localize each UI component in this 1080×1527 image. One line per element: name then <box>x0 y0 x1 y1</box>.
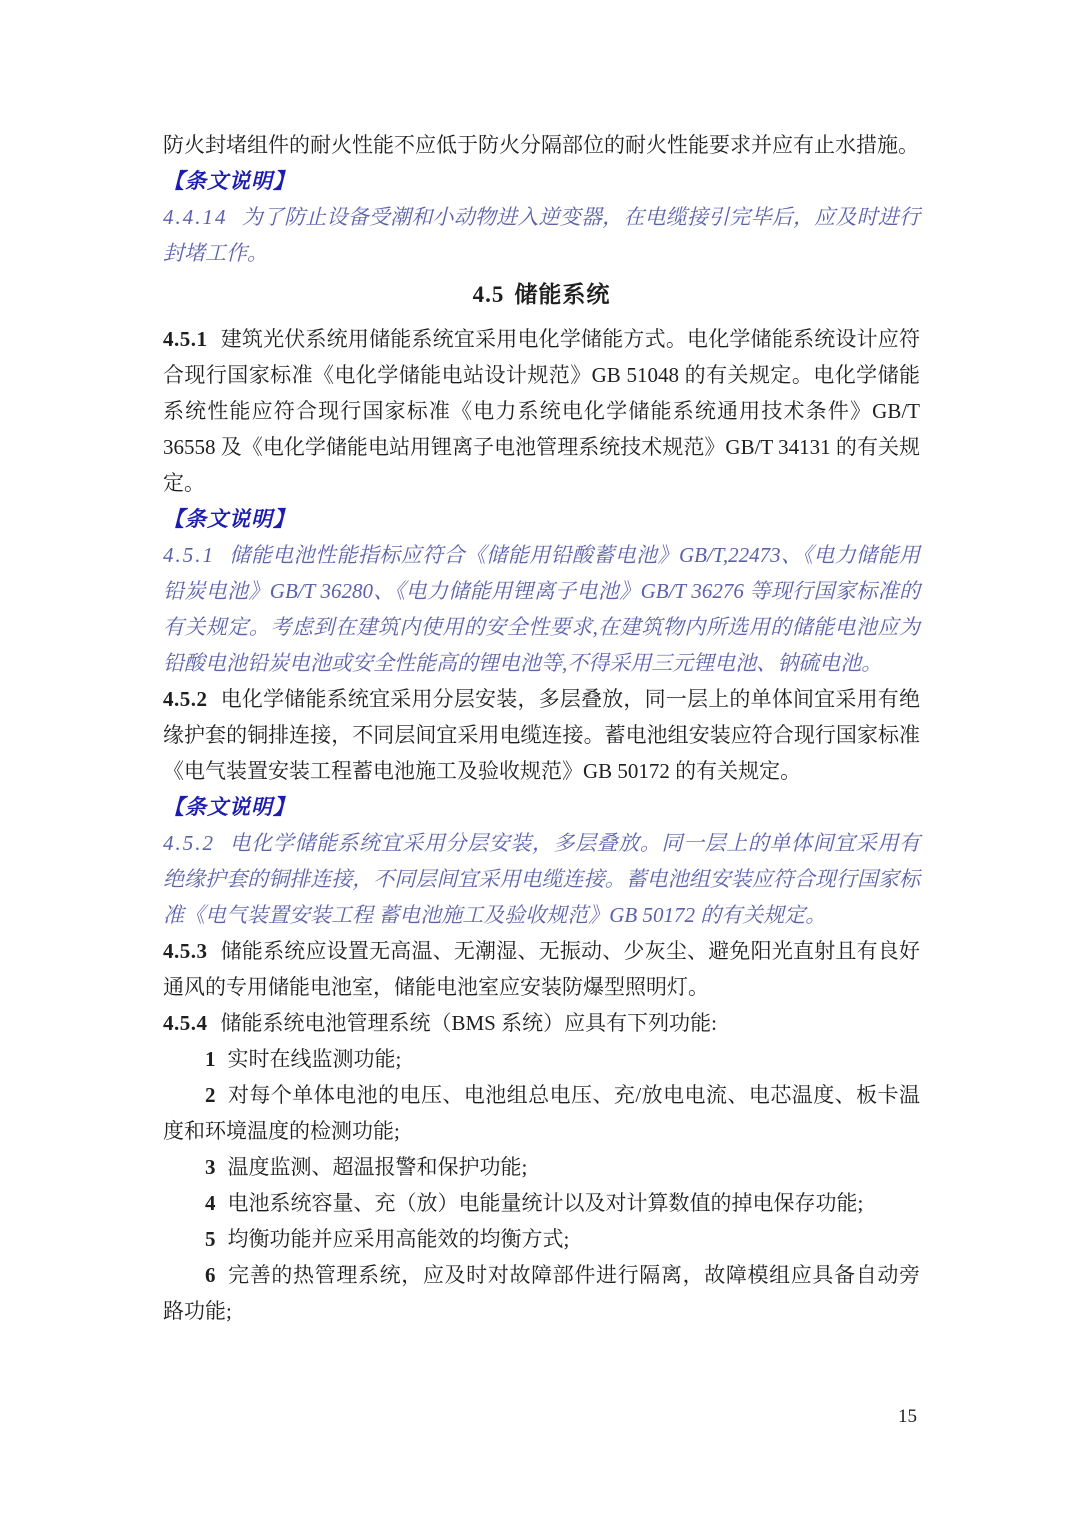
item-text: 完善的热管理系统，应及时对故障部件进行隔离，故障模组应具备自动旁路功能; <box>163 1263 920 1323</box>
clause-4-5-3: 4.5.3储能系统应设置无高温、无潮湿、无振动、少灰尘、避免阳光直射且有良好通风… <box>163 933 920 1005</box>
section-heading-4-5: 4.5储能系统 <box>163 277 920 313</box>
item-number: 5 <box>205 1227 216 1251</box>
note-number: 4.4.14 <box>163 205 228 229</box>
clause-text: 储能系统应设置无高温、无潮湿、无振动、少灰尘、避免阳光直射且有良好通风的专用储能… <box>163 939 920 999</box>
item-text: 对每个单体电池的电压、电池组总电压、充/放电电流、电芯温度、板卡温度和环境温度的… <box>163 1083 920 1143</box>
note-text: 为了防止设备受潮和小动物进入逆变器，在电缆接引完毕后，应及时进行封堵工作。 <box>163 205 920 265</box>
item-text: 温度监测、超温报警和保护功能; <box>228 1155 528 1179</box>
item-number: 4 <box>205 1191 216 1215</box>
clause-number: 4.5.3 <box>163 939 208 963</box>
clause-text: 储能系统电池管理系统（BMS 系统）应具有下列功能: <box>221 1011 717 1035</box>
section-number: 4.5 <box>473 282 505 307</box>
document-page: 防火封堵组件的耐火性能不应低于防火分隔部位的耐火性能要求并应有止水措施。 【条文… <box>0 0 1080 1527</box>
item-text: 电池系统容量、充（放）电能量统计以及对计算数值的掉电保存功能; <box>228 1191 864 1215</box>
clause-number: 4.5.4 <box>163 1011 208 1035</box>
bms-function-item-1: 1实时在线监测功能; <box>163 1041 920 1077</box>
document-body: 防火封堵组件的耐火性能不应低于防火分隔部位的耐火性能要求并应有止水措施。 【条文… <box>163 127 920 1329</box>
bms-function-item-6: 6完善的热管理系统，应及时对故障部件进行隔离，故障模组应具备自动旁路功能; <box>163 1257 920 1329</box>
section-title: 储能系统 <box>514 282 610 307</box>
bms-function-item-5: 5均衡功能并应采用高能效的均衡方式; <box>163 1221 920 1257</box>
continuation-paragraph: 防火封堵组件的耐火性能不应低于防火分隔部位的耐火性能要求并应有止水措施。 <box>163 127 920 163</box>
item-number: 3 <box>205 1155 216 1179</box>
continuation-text: 防火封堵组件的耐火性能不应低于防火分隔部位的耐火性能要求并应有止水措施。 <box>163 133 919 157</box>
note-paragraph-4-5-1: 4.5.1储能电池性能指标应符合《储能用铅酸蓄电池》GB/T,22473、《电力… <box>163 537 920 681</box>
note-text: 储能电池性能指标应符合《储能用铅酸蓄电池》GB/T,22473、《电力储能用铅炭… <box>163 543 920 675</box>
item-number: 1 <box>205 1047 216 1071</box>
note-label-4-5-1: 【条文说明】 <box>163 501 920 537</box>
note-label-4-4-14: 【条文说明】 <box>163 163 920 199</box>
clause-4-5-1: 4.5.1建筑光伏系统用储能系统宜采用电化学储能方式。电化学储能系统设计应符合现… <box>163 321 920 501</box>
bms-function-item-3: 3温度监测、超温报警和保护功能; <box>163 1149 920 1185</box>
note-paragraph-4-4-14: 4.4.14为了防止设备受潮和小动物进入逆变器，在电缆接引完毕后，应及时进行封堵… <box>163 199 920 271</box>
clause-number: 4.5.1 <box>163 327 208 351</box>
page-number: 15 <box>898 1406 917 1428</box>
clause-text: 建筑光伏系统用储能系统宜采用电化学储能方式。电化学储能系统设计应符合现行国家标准… <box>163 327 920 495</box>
note-label-4-5-2: 【条文说明】 <box>163 789 920 825</box>
clause-number: 4.5.2 <box>163 687 208 711</box>
bms-function-item-4: 4电池系统容量、充（放）电能量统计以及对计算数值的掉电保存功能; <box>163 1185 920 1221</box>
clause-4-5-4: 4.5.4储能系统电池管理系统（BMS 系统）应具有下列功能: <box>163 1005 920 1041</box>
item-number: 2 <box>205 1083 216 1107</box>
note-number: 4.5.1 <box>163 543 215 567</box>
bms-function-item-2: 2对每个单体电池的电压、电池组总电压、充/放电电流、电芯温度、板卡温度和环境温度… <box>163 1077 920 1149</box>
clause-text: 电化学储能系统宜采用分层安装，多层叠放，同一层上的单体间宜采用有绝缘护套的铜排连… <box>163 687 920 783</box>
item-number: 6 <box>205 1263 216 1287</box>
note-number: 4.5.2 <box>163 831 215 855</box>
note-paragraph-4-5-2: 4.5.2电化学储能系统宜采用分层安装，多层叠放。同一层上的单体间宜采用有绝缘护… <box>163 825 920 933</box>
item-text: 实时在线监测功能; <box>228 1047 402 1071</box>
clause-4-5-2: 4.5.2电化学储能系统宜采用分层安装，多层叠放，同一层上的单体间宜采用有绝缘护… <box>163 681 920 789</box>
note-text: 电化学储能系统宜采用分层安装，多层叠放。同一层上的单体间宜采用有绝缘护套的铜排连… <box>163 831 920 927</box>
item-text: 均衡功能并应采用高能效的均衡方式; <box>228 1227 570 1251</box>
